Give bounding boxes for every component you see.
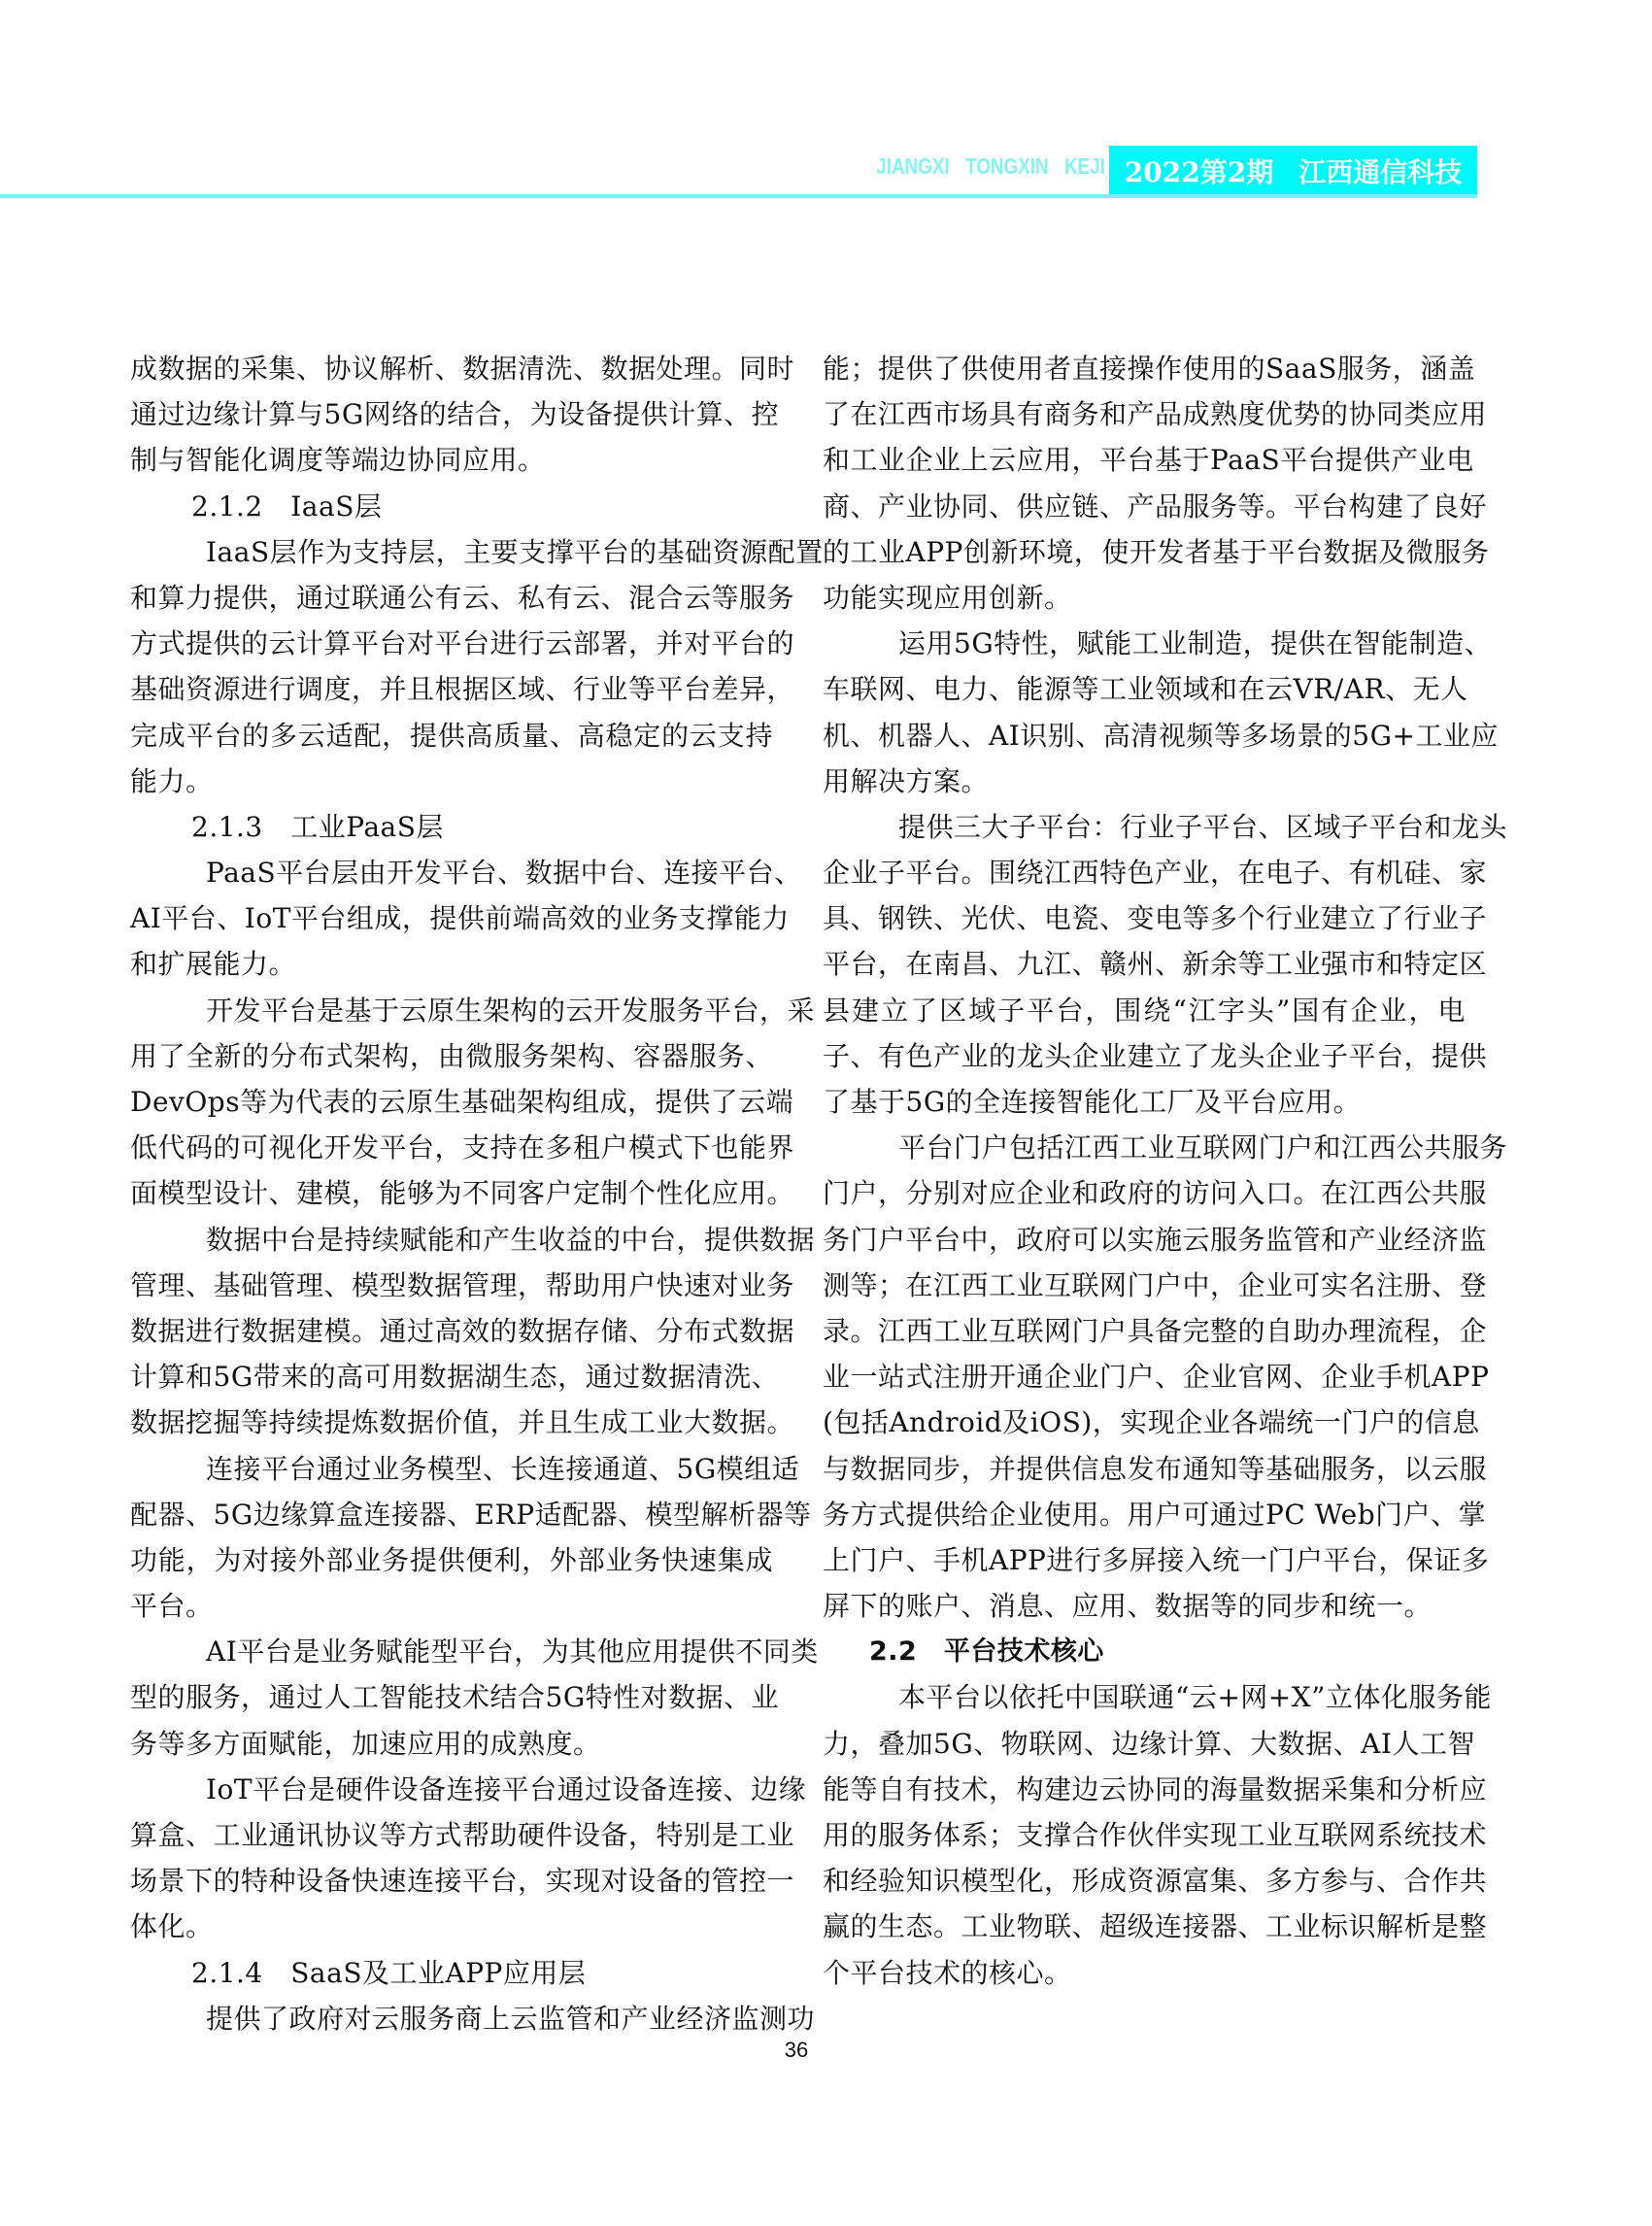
- text-line: 连接平台通过业务模型、长连接通道、5G模组适: [130, 1446, 773, 1492]
- text-line: 完成平台的多云适配，提供高质量、高稳定的云支持: [130, 713, 773, 759]
- text-line: AI平台是业务赋能型平台，为其他应用提供不同类: [130, 1629, 773, 1674]
- text-line: AI平台、IoT平台组成，提供前端高效的业务支撑能力: [130, 895, 773, 941]
- latin-word-1: JIANGXI: [876, 153, 949, 188]
- text-line: 平台。: [130, 1583, 773, 1629]
- text-line: 计算和5G带来的高可用数据湖生态，通过数据清洗、: [130, 1354, 773, 1400]
- text-line: 用解决方案。: [823, 759, 1466, 804]
- section-heading: 2.1.4 SaaS及工业APP应用层: [130, 1950, 773, 1996]
- section-heading: 2.1.2 IaaS层: [130, 484, 773, 529]
- text-line: 屏下的账户、消息、应用、数据等的同步和统一。: [823, 1583, 1466, 1629]
- latin-word-3: KEJI: [1064, 153, 1105, 188]
- text-line: 运用5G特性，赋能工业制造，提供在智能制造、: [823, 621, 1466, 666]
- journal-title-badge: 2022第2期 江西通信科技: [1109, 146, 1477, 196]
- text-line: 了在江西市场具有商务和产品成熟度优势的协同类应用: [823, 391, 1466, 437]
- text-line: 企业子平台。围绕江西特色产业，在电子、有机硅、家: [823, 850, 1466, 895]
- text-line: 数据挖掘等持续提炼数据价值，并且生成工业大数据。: [130, 1400, 773, 1445]
- text-line: 务方式提供给企业使用。用户可通过PC Web门户、掌: [823, 1492, 1466, 1537]
- text-line: 开发平台是基于云原生架构的云开发服务平台，采: [130, 988, 773, 1033]
- latin-word-2: TONGXIN: [965, 153, 1049, 188]
- text-line: 子、有色产业的龙头企业建立了龙头企业子平台，提供: [823, 1033, 1466, 1079]
- text-line: DevOps等为代表的云原生基础架构组成，提供了云端: [130, 1079, 773, 1125]
- journal-latin-name: JIANGXI TONGXIN KEJI: [851, 153, 1105, 188]
- text-line: 车联网、电力、能源等工业领域和在云VR/AR、无人: [823, 666, 1466, 712]
- text-line: 与数据同步，并提供信息发布通知等基础服务，以云服: [823, 1446, 1466, 1492]
- text-line: 和扩展能力。: [130, 941, 773, 987]
- text-line: 测等；在江西工业互联网门户中，企业可实名注册、登: [823, 1263, 1466, 1308]
- text-line: 功能，为对接外部业务提供便利，外部业务快速集成: [130, 1537, 773, 1583]
- text-line: 本平台以依托中国联通“云+网+X”立体化服务能: [823, 1674, 1466, 1720]
- text-line: 场景下的特种设备快速连接平台，实现对设备的管控一: [130, 1858, 773, 1904]
- text-line: 配器、5G边缘算盒连接器、ERP适配器、模型解析器等: [130, 1492, 773, 1537]
- text-line: IaaS层作为支持层，主要支撑平台的基础资源配置: [130, 529, 773, 575]
- issue-label: 2022第2期: [1125, 152, 1273, 190]
- text-line: 低代码的可视化开发平台，支持在多租户模式下也能界: [130, 1125, 773, 1170]
- text-line: 能；提供了供使用者直接操作使用的SaaS服务，涵盖: [823, 346, 1466, 391]
- page-number: 36: [767, 2038, 826, 2063]
- section-heading: 2.2 平台技术核心: [823, 1629, 1466, 1674]
- text-line: 功能实现应用创新。: [823, 575, 1466, 621]
- text-line: 平台，在南昌、九江、赣州、新余等工业强市和特定区: [823, 941, 1466, 987]
- text-line: (包括Android及iOS)，实现企业各端统一门户的信息: [823, 1400, 1466, 1445]
- running-header: JIANGXI TONGXIN KEJI 2022第2期 江西通信科技: [0, 0, 1652, 204]
- text-line: 能等自有技术，构建边云协同的海量数据采集和分析应: [823, 1767, 1466, 1812]
- text-line: 了基于5G的全连接智能化工厂及平台应用。: [823, 1079, 1466, 1125]
- text-line: 提供三大子平台：行业子平台、区域子平台和龙头: [823, 804, 1466, 850]
- text-line: 和工业企业上云应用，平台基于PaaS平台提供产业电: [823, 437, 1466, 483]
- text-line: 能力。: [130, 759, 773, 804]
- text-line: 方式提供的云计算平台对平台进行云部署，并对平台的: [130, 621, 773, 666]
- journal-title: 江西通信科技: [1298, 152, 1462, 190]
- text-line: 算盒、工业通讯协议等方式帮助硬件设备，特别是工业: [130, 1812, 773, 1858]
- text-line: 力，叠加5G、物联网、边缘计算、大数据、AI人工智: [823, 1721, 1466, 1767]
- text-line: 数据进行数据建模。通过高效的数据存储、分布式数据: [130, 1308, 773, 1354]
- text-line: 提供了政府对云服务商上云监管和产业经济监测功: [130, 1996, 773, 2041]
- text-line: 基础资源进行调度，并且根据区域、行业等平台差异，: [130, 666, 773, 712]
- text-line: 赢的生态。工业物联、超级连接器、工业标识解析是整: [823, 1904, 1466, 1949]
- section-heading: 2.1.3 工业PaaS层: [130, 804, 773, 850]
- text-line: 务门户平台中，政府可以实施云服务监管和产业经济监: [823, 1217, 1466, 1263]
- text-line: 和算力提供，通过联通公有云、私有云、混合云等服务: [130, 575, 773, 621]
- text-line: 面模型设计、建模，能够为不同客户定制个性化应用。: [130, 1170, 773, 1216]
- text-line: 商、产业协同、供应链、产品服务等。平台构建了良好: [823, 484, 1466, 529]
- text-line: 平台门户包括江西工业互联网门户和江西公共服务: [823, 1125, 1466, 1170]
- text-line: 录。江西工业互联网门户具备完整的自助办理流程，企: [823, 1308, 1466, 1354]
- text-line: 具、钢铁、光伏、电瓷、变电等多个行业建立了行业子: [823, 895, 1466, 941]
- text-line: 门户，分别对应企业和政府的访问入口。在江西公共服: [823, 1170, 1466, 1216]
- text-line: 业一站式注册开通企业门户、企业官网、企业手机APP: [823, 1354, 1466, 1400]
- text-line: 用的服务体系；支撑合作伙伴实现工业互联网系统技术: [823, 1812, 1466, 1858]
- text-line: 上门户、手机APP进行多屏接入统一门户平台，保证多: [823, 1537, 1466, 1583]
- text-line: 用了全新的分布式架构，由微服务架构、容器服务、: [130, 1033, 773, 1079]
- text-line: 个平台技术的核心。: [823, 1950, 1466, 1996]
- text-line: 的工业APP创新环境，使开发者基于平台数据及微服务: [823, 529, 1466, 575]
- text-line: 体化。: [130, 1904, 773, 1949]
- right-text-column: 能；提供了供使用者直接操作使用的SaaS服务，涵盖了在江西市场具有商务和产品成熟…: [823, 346, 1466, 1996]
- text-line: 通过边缘计算与5G网络的结合，为设备提供计算、控: [130, 391, 773, 437]
- text-line: 型的服务，通过人工智能技术结合5G特性对数据、业: [130, 1674, 773, 1720]
- text-line: PaaS平台层由开发平台、数据中台、连接平台、: [130, 850, 773, 895]
- text-line: 数据中台是持续赋能和产生收益的中台，提供数据: [130, 1217, 773, 1263]
- text-line: 和经验知识模型化，形成资源富集、多方参与、合作共: [823, 1858, 1466, 1904]
- left-text-column: 成数据的采集、协议解析、数据清洗、数据处理。同时通过边缘计算与5G网络的结合，为…: [130, 346, 773, 2041]
- text-line: 成数据的采集、协议解析、数据清洗、数据处理。同时: [130, 346, 773, 391]
- header-divider: [0, 194, 1477, 198]
- text-line: IoT平台是硬件设备连接平台通过设备连接、边缘: [130, 1767, 773, 1812]
- text-line: 机、机器人、AI识别、高清视频等多场景的5G+工业应: [823, 713, 1466, 759]
- text-line: 县建立了区域子平台，围绕“江字头”国有企业，电: [823, 988, 1466, 1033]
- text-line: 制与智能化调度等端边协同应用。: [130, 437, 773, 483]
- text-line: 务等多方面赋能，加速应用的成熟度。: [130, 1721, 773, 1767]
- text-line: 管理、基础管理、模型数据管理，帮助用户快速对业务: [130, 1263, 773, 1308]
